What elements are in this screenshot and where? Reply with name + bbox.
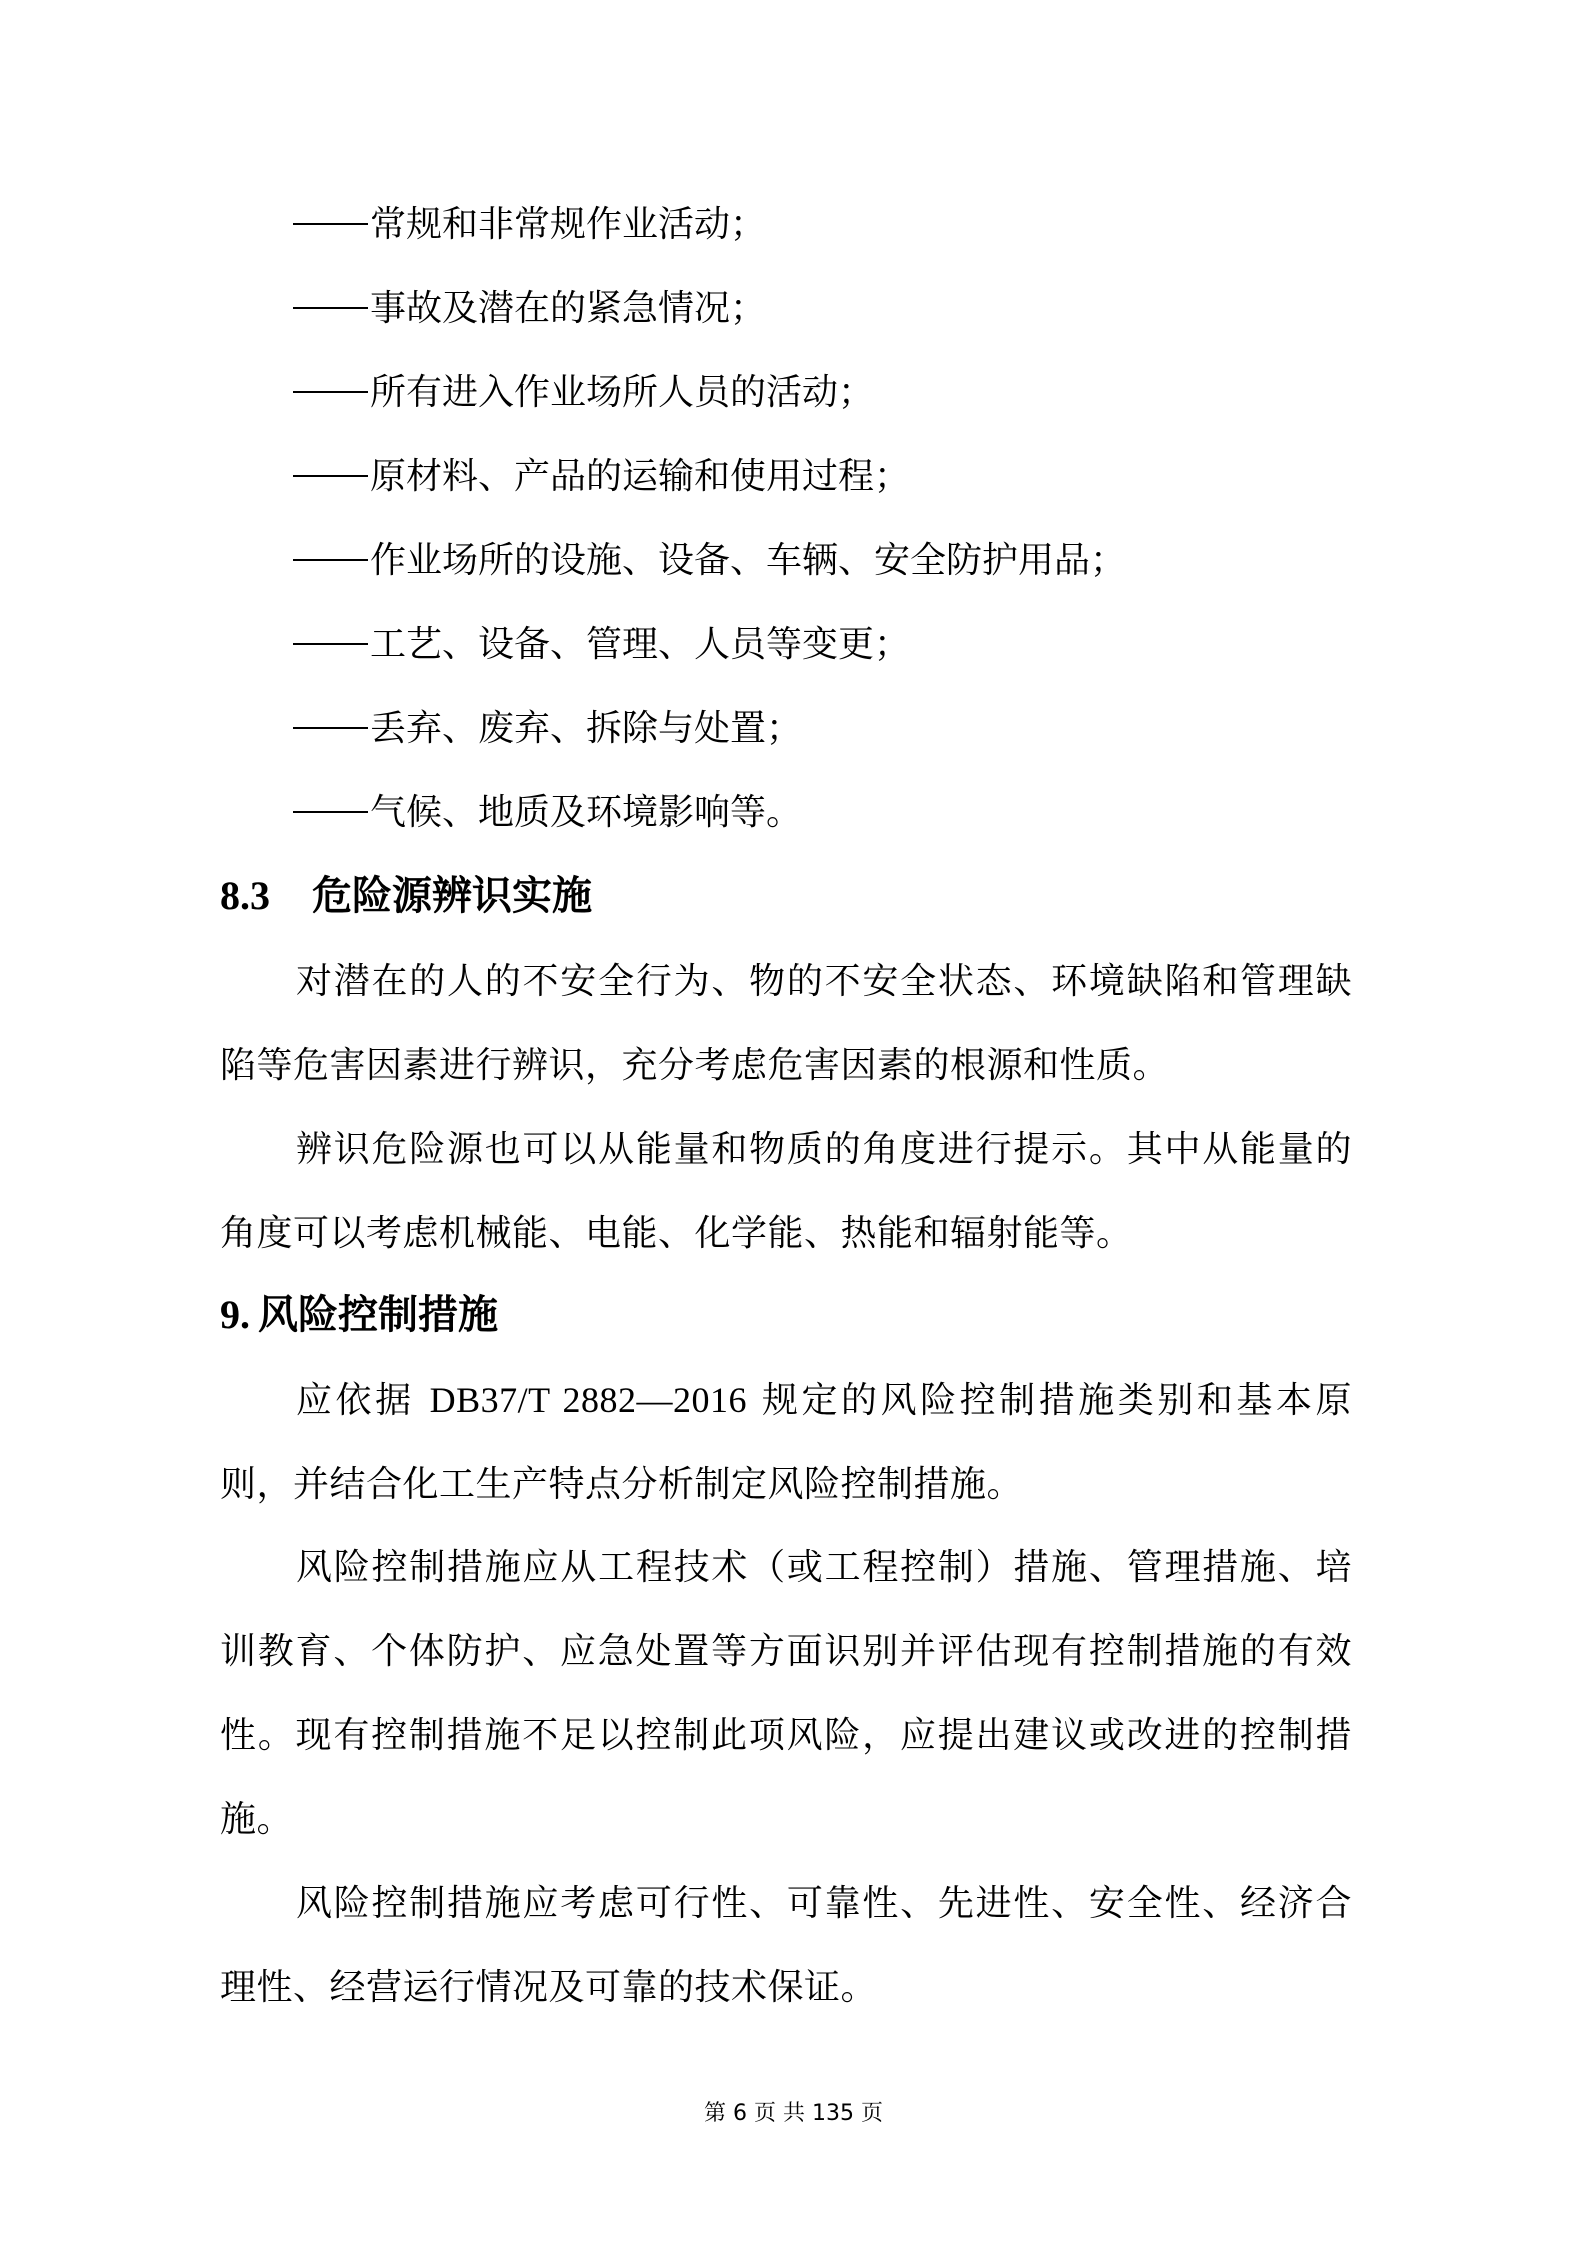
section-title: 风险控制措施	[258, 1292, 498, 1338]
bullet-text: 丢弃、废弃、拆除与处置；	[370, 708, 802, 749]
paragraph: 对潜在的人的不安全行为、物的不安全状态、环境缺陷和管理缺陷等危害因素进行辨识，充…	[220, 940, 1352, 1108]
paragraph: 应依据 DB37/T 2882—2016 规定的风险控制措施类别和基本原则，并结…	[220, 1358, 1352, 1527]
bullet-text: 事故及潜在的紧急情况；	[370, 288, 766, 329]
bullet-item: 气候、地质及环境影响等。	[293, 791, 802, 835]
paragraph: 风险控制措施应考虑可行性、可靠性、先进性、安全性、经济合理性、经营运行情况及可靠…	[220, 1862, 1352, 2030]
bullet-item: 工艺、设备、管理、人员等变更；	[293, 623, 910, 667]
dash-marker	[293, 307, 368, 309]
section-number: 9.	[220, 1292, 250, 1337]
page-footer: 第 6 页 共 135 页	[0, 2096, 1587, 2127]
section-title: 危险源辨识实施	[312, 873, 592, 919]
standard-reference: DB37/T 2882—2016	[430, 1380, 747, 1420]
bullet-text: 所有进入作业场所人员的活动；	[370, 372, 874, 413]
dash-marker	[293, 475, 368, 477]
dash-marker	[293, 391, 368, 393]
bullet-text: 常规和非常规作业活动；	[370, 204, 766, 245]
dash-marker	[293, 727, 368, 729]
paragraph: 辨识危险源也可以从能量和物质的角度进行提示。其中从能量的角度可以考虑机械能、电能…	[220, 1108, 1352, 1276]
dash-marker	[293, 643, 368, 645]
dash-marker	[293, 559, 368, 561]
section-heading-9: 9.风险控制措施	[220, 1290, 498, 1340]
bullet-text: 气候、地质及环境影响等。	[370, 792, 802, 833]
bullet-text: 原材料、产品的运输和使用过程；	[370, 456, 910, 497]
bullet-item: 丢弃、废弃、拆除与处置；	[293, 707, 802, 751]
paragraph: 风险控制措施应从工程技术（或工程控制）措施、管理措施、培训教育、个体防护、应急处…	[220, 1526, 1352, 1862]
bullet-text: 作业场所的设施、设备、车辆、安全防护用品；	[370, 540, 1126, 581]
paragraph-text: 应依据	[296, 1380, 430, 1421]
bullet-item: 所有进入作业场所人员的活动；	[293, 371, 874, 415]
bullet-item: 作业场所的设施、设备、车辆、安全防护用品；	[293, 539, 1126, 583]
bullet-text: 工艺、设备、管理、人员等变更；	[370, 624, 910, 665]
bullet-item: 事故及潜在的紧急情况；	[293, 287, 766, 331]
dash-marker	[293, 811, 368, 813]
bullet-item: 常规和非常规作业活动；	[293, 203, 766, 247]
bullet-item: 原材料、产品的运输和使用过程；	[293, 455, 910, 499]
section-number: 8.3	[220, 873, 270, 918]
section-heading-8-3: 8.3危险源辨识实施	[220, 871, 592, 921]
dash-marker	[293, 223, 368, 225]
